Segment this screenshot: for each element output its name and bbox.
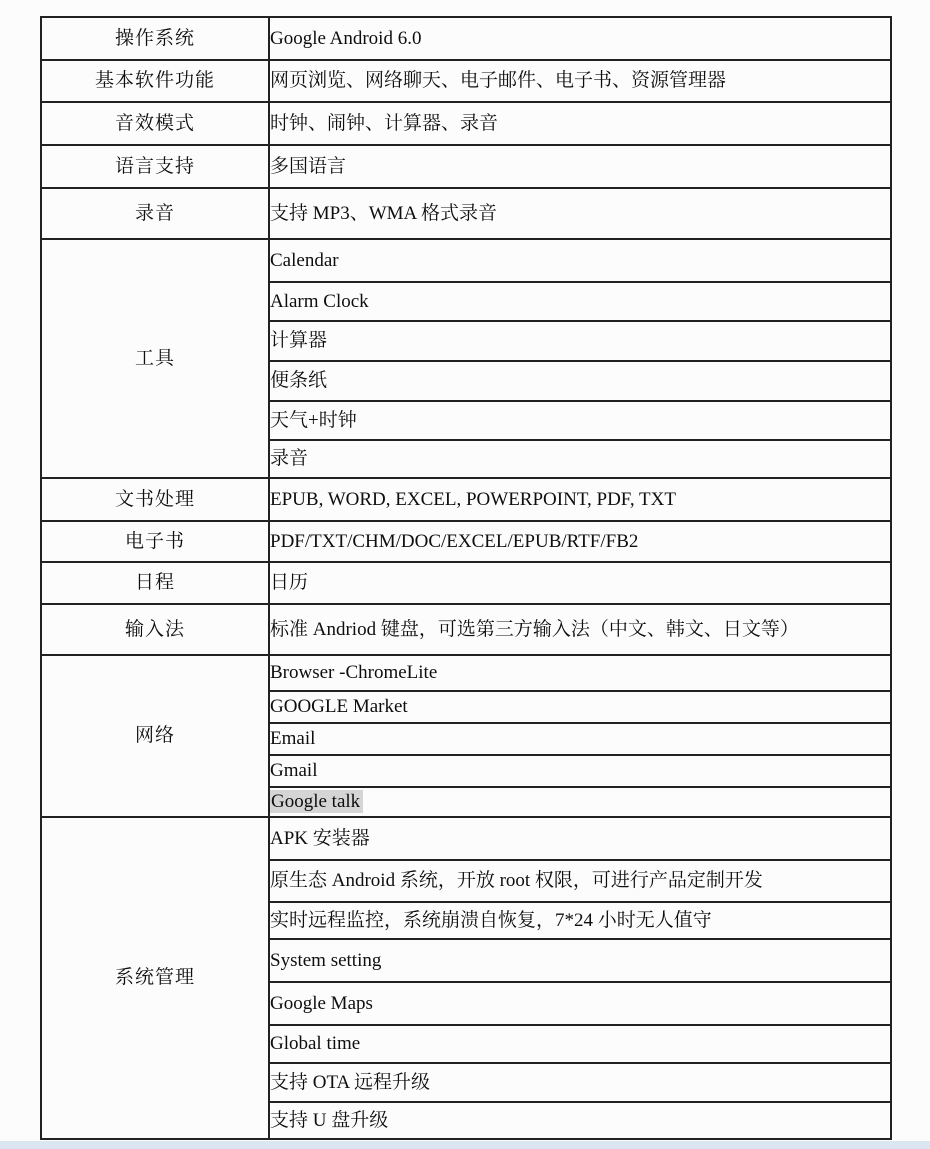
spec-value-recording: 支持 MP3、WMA 格式录音	[269, 188, 891, 239]
spec-value-tools-calendar: Calendar	[269, 239, 891, 282]
spec-value-sysmgmt-ota-upgrade: 支持 OTA 远程升级	[269, 1063, 891, 1102]
spec-value-sysmgmt-remote-monitoring: 实时远程监控，系统崩溃自恢复，7*24 小时无人值守	[269, 902, 891, 939]
table-row: 电子书 PDF/TXT/CHM/DOC/EXCEL/EPUB/RTF/FB2	[41, 521, 891, 562]
spec-value-sysmgmt-global-time: Global time	[269, 1025, 891, 1063]
spec-value-schedule: 日历	[269, 562, 891, 604]
spec-label-recording: 录音	[41, 188, 269, 239]
spec-label-network: 网络	[41, 655, 269, 817]
spec-value-sysmgmt-apk-installer: APK 安装器	[269, 817, 891, 860]
table-row: 音效模式 时钟、闹钟、计算器、录音	[41, 102, 891, 145]
spec-value-language: 多国语言	[269, 145, 891, 188]
table-row: 基本软件功能 网页浏览、网络聊天、电子邮件、电子书、资源管理器	[41, 60, 891, 102]
spec-value-sysmgmt-usb-upgrade: 支持 U 盘升级	[269, 1102, 891, 1139]
table-row: 日程 日历	[41, 562, 891, 604]
table-row: 输入法 标准 Andriod 键盘，可选第三方输入法（中文、韩文、日文等）	[41, 604, 891, 655]
spec-value-sysmgmt-native-android: 原生态 Android 系统，开放 root 权限，可进行产品定制开发	[269, 860, 891, 902]
spec-value-ebook: PDF/TXT/CHM/DOC/EXCEL/EPUB/RTF/FB2	[269, 521, 891, 562]
spec-value-network-google-talk: Google talk	[269, 787, 891, 817]
table-row: 系统管理 APK 安装器	[41, 817, 891, 860]
page-bottom-edge	[0, 1141, 930, 1149]
spec-value-network-google-market: GOOGLE Market	[269, 691, 891, 723]
spec-label-sound-mode: 音效模式	[41, 102, 269, 145]
spec-label-schedule: 日程	[41, 562, 269, 604]
table-row: 录音 支持 MP3、WMA 格式录音	[41, 188, 891, 239]
spec-value-tools-alarm-clock: Alarm Clock	[269, 282, 891, 321]
spec-value-input-method: 标准 Andriod 键盘，可选第三方输入法（中文、韩文、日文等）	[269, 604, 891, 655]
spec-value-sysmgmt-google-maps: Google Maps	[269, 982, 891, 1025]
spec-table: 操作系统 Google Android 6.0 基本软件功能 网页浏览、网络聊天…	[40, 16, 892, 1140]
spec-value-tools-weather-clock: 天气+时钟	[269, 401, 891, 440]
spec-value-network-gmail: Gmail	[269, 755, 891, 787]
spec-label-language: 语言支持	[41, 145, 269, 188]
spec-value-tools-memo: 便条纸	[269, 361, 891, 401]
spec-value-basic-software: 网页浏览、网络聊天、电子邮件、电子书、资源管理器	[269, 60, 891, 102]
table-row: 文书处理 EPUB, WORD, EXCEL, POWERPOINT, PDF,…	[41, 478, 891, 521]
spec-value-tools-recorder: 录音	[269, 440, 891, 478]
spec-label-system-management: 系统管理	[41, 817, 269, 1139]
spec-value-sound-mode: 时钟、闹钟、计算器、录音	[269, 102, 891, 145]
spec-label-ebook: 电子书	[41, 521, 269, 562]
spec-label-os: 操作系统	[41, 17, 269, 60]
spec-value-network-browser: Browser -ChromeLite	[269, 655, 891, 691]
table-row: 工具 Calendar	[41, 239, 891, 282]
spec-label-basic-software: 基本软件功能	[41, 60, 269, 102]
spec-label-input-method: 输入法	[41, 604, 269, 655]
table-row: 语言支持 多国语言	[41, 145, 891, 188]
spec-value-tools-calculator: 计算器	[269, 321, 891, 361]
spec-value-document-processing: EPUB, WORD, EXCEL, POWERPOINT, PDF, TXT	[269, 478, 891, 521]
table-row: 网络 Browser -ChromeLite	[41, 655, 891, 691]
highlighted-text: Google talk	[270, 790, 363, 813]
spec-label-tools: 工具	[41, 239, 269, 478]
spec-label-document-processing: 文书处理	[41, 478, 269, 521]
spec-value-os: Google Android 6.0	[269, 17, 891, 60]
spec-sheet-page: 操作系统 Google Android 6.0 基本软件功能 网页浏览、网络聊天…	[0, 0, 930, 1149]
spec-value-sysmgmt-system-setting: System setting	[269, 939, 891, 982]
table-row: 操作系统 Google Android 6.0	[41, 17, 891, 60]
spec-value-network-email: Email	[269, 723, 891, 755]
